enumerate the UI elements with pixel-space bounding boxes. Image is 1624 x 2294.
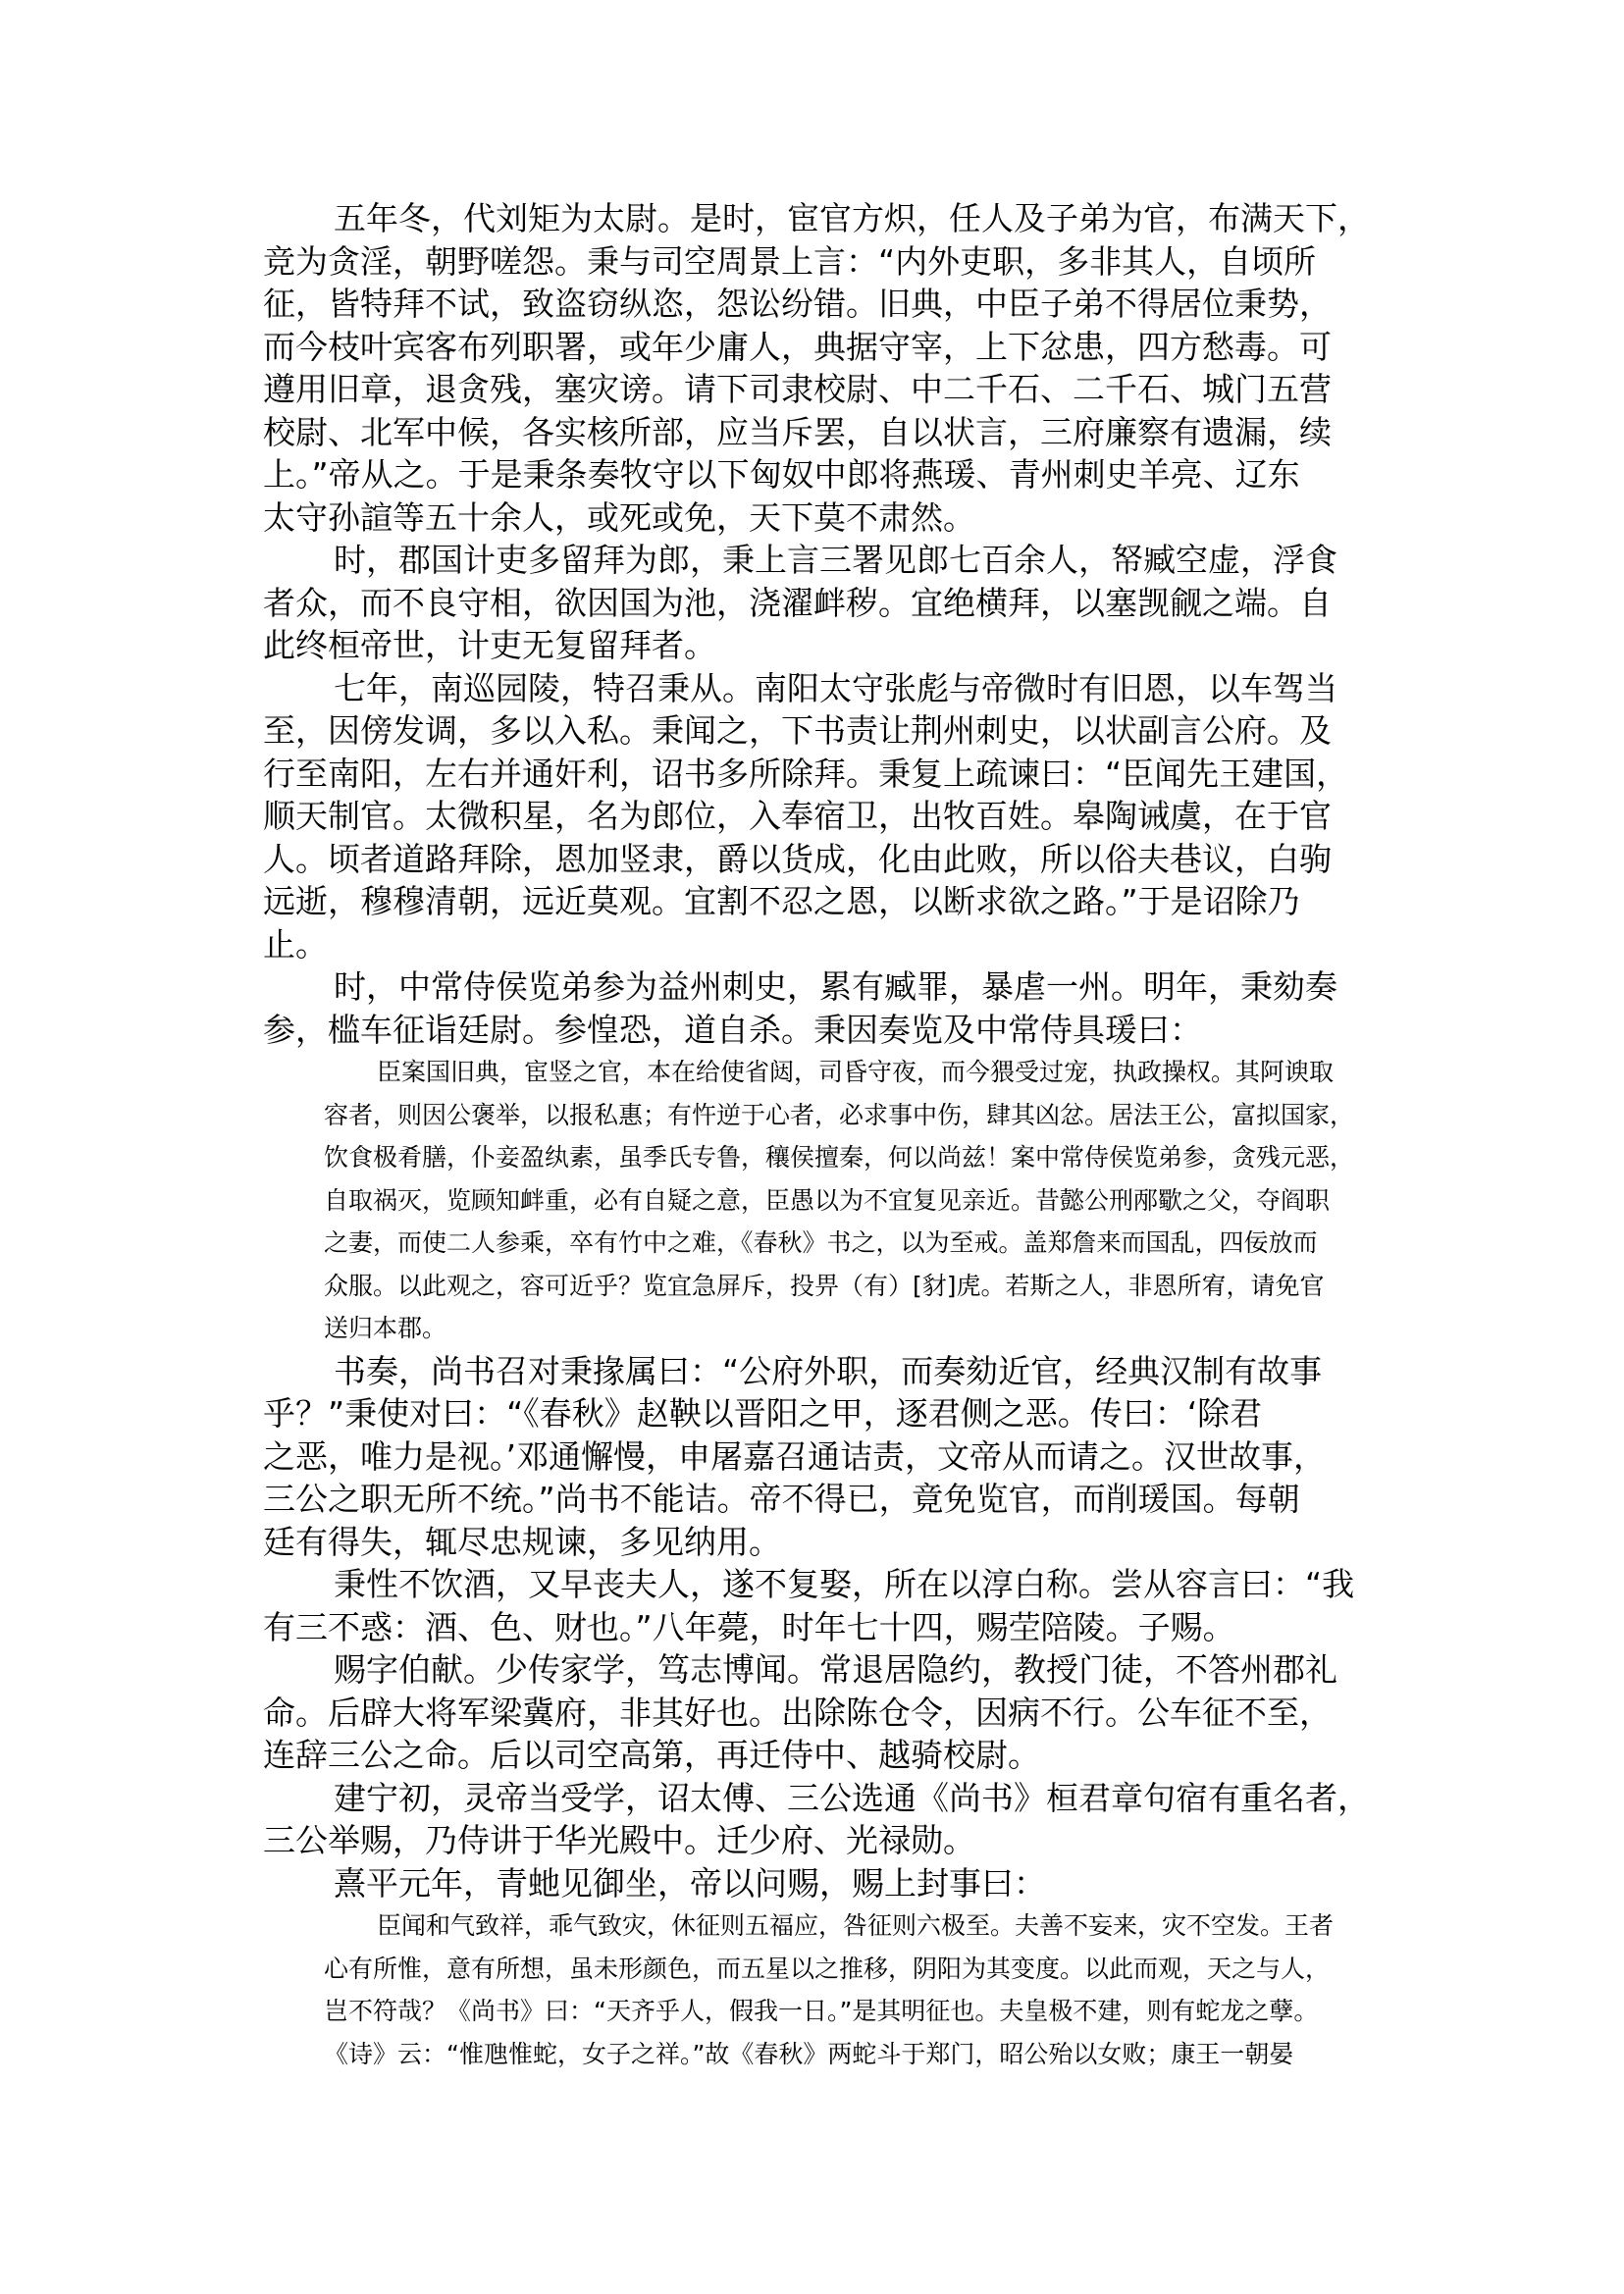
text-line: 竞为贪淫，朝野嗟怨。秉与司空周景上言：“内外吏职，多非其人，自顷所 <box>263 240 1366 284</box>
text-line: 熹平元年，青虵见御坐，帝以问赐，赐上封事曰： <box>263 1862 1366 1905</box>
text-line: 顺天制官。太微积星，名为郎位，入奉宿卫，出牧百姓。皋陶诫虞，在于官 <box>263 795 1366 838</box>
text-line: 者众，而不良守相，欲因国为池，浇濯衅秽。宜绝横拜，以塞觊觎之端。自 <box>263 582 1366 625</box>
text-line: 上。”帝从之。于是秉条奏牧守以下匈奴中郎将燕瑗、青州刺史羊亮、辽东 <box>263 453 1366 496</box>
text-line: 心有所惟，意有所想，虽未形颜色，而五星以之推移，阴阳为其变度。以此而观，天之与人… <box>324 1948 1366 1991</box>
text-line: 行至南阳，左右并通奸利，诏书多所除拜。秉复上疏谏曰：“臣闻先王建国， <box>263 753 1366 796</box>
text-line: 三公举赐，乃侍讲于华光殿中。迁少府、光禄勋。 <box>263 1819 1366 1862</box>
text-line: 三公之职无所不统。”尚书不能诘。帝不得已，竟免览官，而削瑗国。每朝 <box>263 1478 1366 1521</box>
text-line: 太守孙諠等五十余人，或死或免，天下莫不肃然。 <box>263 496 1366 540</box>
text-line: 《诗》云：“惟虺惟蛇，女子之祥。”故《春秋》两蛇斗于郑门，昭公殆以女败；康王一朝… <box>324 2033 1366 2076</box>
text-line: 止。 <box>263 923 1366 966</box>
text-line: 连辞三公之命。后以司空高第，再迁侍中、越骑校尉。 <box>263 1734 1366 1777</box>
text-line: 饮食极肴膳，仆妾盈纨素，虽季氏专鲁，穰侯擅秦，何以尚兹！案中常侍侯览弟参，贪残元… <box>324 1136 1366 1179</box>
text-line: 之妻，而使二人参乘，卒有竹中之难，《春秋》书之，以为至戒。盖郑詹来而国乱，四佞放… <box>324 1222 1366 1265</box>
paragraph: 赐字伯献。少传家学，笃志博闻。常退居隐约，教授门徒，不答州郡礼命。后辟大将军梁冀… <box>263 1648 1366 1777</box>
paragraph: 书奏，尚书召对秉掾属曰：“公府外职，而奏劾近官，经典汉制有故事乎？”秉使对曰：“… <box>263 1350 1366 1564</box>
text-line: 此终桓帝世，计吏无复留拜者。 <box>263 624 1366 667</box>
text-line: 有三不惑：酒、色、财也。”八年薨，时年七十四，赐茔陪陵。子赐。 <box>263 1606 1366 1649</box>
paragraph: 熹平元年，青虵见御坐，帝以问赐，赐上封事曰： <box>263 1862 1366 1905</box>
text-line: 而今枝叶宾客布列职署，或年少庸人，典据守宰，上下忿患，四方愁毒。可 <box>263 326 1366 369</box>
block-quote: 臣案国旧典，宦竖之官，本在给使省闼，司昏守夜，而今猥受过宠，执政操权。其阿谀取容… <box>324 1051 1366 1350</box>
text-column: 五年冬，代刘矩为太尉。是时，宦官方炽，任人及子弟为官，布满天下，竞为贪淫，朝野嗟… <box>263 197 1366 2075</box>
text-line: 秉性不饮酒，又早丧夫人，遂不复娶，所在以淳白称。尝从容言曰：“我 <box>263 1563 1366 1606</box>
text-line: 远逝，穆穆清朝，远近莫观。宜割不忍之恩，以断求欲之路。”于是诏除乃 <box>263 880 1366 923</box>
text-line: 自取祸灭，览顾知衅重，必有自疑之意，臣愚以为不宜复见亲近。昔懿公刑邴歜之父，夺阎… <box>324 1179 1366 1223</box>
text-line: 时，郡国计吏多留拜为郎，秉上言三署见郎七百余人，帑臧空虚，浮食 <box>263 539 1366 582</box>
text-line: 乎？”秉使对曰：“《春秋》赵鞅以晋阳之甲，逐君侧之恶。传曰：‘除君 <box>263 1392 1366 1435</box>
block-quote: 臣闻和气致祥，乖气致灾，休征则五福应，咎征则六极至。夫善不妄来，灾不空发。王者心… <box>324 1904 1366 2075</box>
text-line: 五年冬，代刘矩为太尉。是时，宦官方炽，任人及子弟为官，布满天下， <box>263 197 1366 240</box>
text-line: 至，因傍发调，多以入私。秉闻之，下书责让荆州刺史，以状副言公府。及 <box>263 709 1366 753</box>
text-line: 征，皆特拜不试，致盗窃纵恣，怨讼纷错。旧典，中臣子弟不得居位秉势， <box>263 283 1366 326</box>
text-line: 之恶，唯力是视。’邓通懈慢，申屠嘉召通诘责，文帝从而请之。汉世故事， <box>263 1435 1366 1479</box>
text-line: 校尉、北军中候，各实核所部，应当斥罢，自以状言，三府廉察有遗漏，续 <box>263 411 1366 454</box>
text-line: 容者，则因公褒举，以报私惠；有忤逆于心者，必求事中伤，肆其凶忿。居法王公，富拟国… <box>324 1094 1366 1137</box>
paragraph: 建宁初，灵帝当受学，诏太傅、三公选通《尚书》桓君章句宿有重名者，三公举赐，乃侍讲… <box>263 1777 1366 1862</box>
paragraph: 七年，南巡园陵，特召秉从。南阳太守张彪与帝微时有旧恩，以车驾当至，因傍发调，多以… <box>263 667 1366 966</box>
paragraph: 时，中常侍侯览弟参为益州刺史，累有臧罪，暴虐一州。明年，秉劾奏参，槛车征诣廷尉。… <box>263 965 1366 1051</box>
text-line: 赐字伯献。少传家学，笃志博闻。常退居隐约，教授门徒，不答州郡礼 <box>263 1648 1366 1692</box>
text-line: 建宁初，灵帝当受学，诏太傅、三公选通《尚书》桓君章句宿有重名者， <box>263 1777 1366 1820</box>
text-line: 送归本郡。 <box>324 1307 1366 1350</box>
text-line: 书奏，尚书召对秉掾属曰：“公府外职，而奏劾近官，经典汉制有故事 <box>263 1350 1366 1393</box>
text-line: 命。后辟大将军梁冀府，非其好也。出除陈仓令，因病不行。公车征不至， <box>263 1692 1366 1735</box>
text-line: 参，槛车征诣廷尉。参惶恐，道自杀。秉因奏览及中常侍具瑗曰： <box>263 1009 1366 1052</box>
text-line: 廷有得失，辄尽忠规谏，多见纳用。 <box>263 1521 1366 1564</box>
document-page: 五年冬，代刘矩为太尉。是时，宦官方炽，任人及子弟为官，布满天下，竞为贪淫，朝野嗟… <box>0 0 1624 2294</box>
text-line: 众服。以此观之，容可近乎？览宜急屏斥，投畀（有）[豺]虎。若斯之人，非恩所宥，请… <box>324 1265 1366 1308</box>
text-line: 臣闻和气致祥，乖气致灾，休征则五福应，咎征则六极至。夫善不妄来，灾不空发。王者 <box>324 1904 1366 1948</box>
paragraph: 五年冬，代刘矩为太尉。是时，宦官方炽，任人及子弟为官，布满天下，竞为贪淫，朝野嗟… <box>263 197 1366 539</box>
text-line: 遵用旧章，退贪残，塞灾谤。请下司隶校尉、中二千石、二千石、城门五营 <box>263 368 1366 411</box>
text-line: 七年，南巡园陵，特召秉从。南阳太守张彪与帝微时有旧恩，以车驾当 <box>263 667 1366 710</box>
text-line: 人。顷者道路拜除，恩加竖隶，爵以货成，化由此败，所以俗夫巷议，白驹 <box>263 838 1366 881</box>
text-line: 岂不符哉？《尚书》曰：“天齐乎人，假我一日。”是其明征也。夫皇极不建，则有蛇龙之… <box>324 1990 1366 2033</box>
paragraph: 秉性不饮酒，又早丧夫人，遂不复娶，所在以淳白称。尝从容言曰：“我有三不惑：酒、色… <box>263 1563 1366 1648</box>
paragraph: 时，郡国计吏多留拜为郎，秉上言三署见郎七百余人，帑臧空虚，浮食者众，而不良守相，… <box>263 539 1366 667</box>
text-line: 臣案国旧典，宦竖之官，本在给使省闼，司昏守夜，而今猥受过宠，执政操权。其阿谀取 <box>324 1051 1366 1094</box>
text-line: 时，中常侍侯览弟参为益州刺史，累有臧罪，暴虐一州。明年，秉劾奏 <box>263 965 1366 1009</box>
